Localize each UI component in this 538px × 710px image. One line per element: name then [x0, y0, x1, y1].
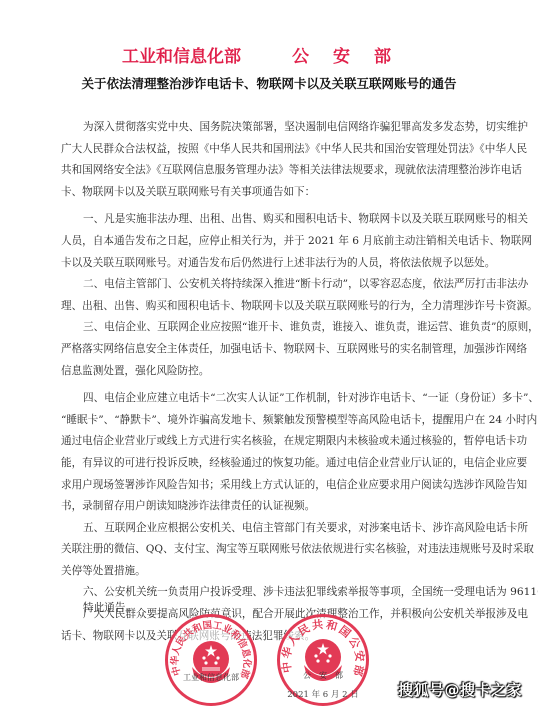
official-seal-mps: 中华人民共和国公安部 公 安 部 2021 年 6 月 2 日 — [277, 614, 369, 706]
text-line: 能，有异议的可进行投诉反映，经核验通过的恢复功能。通过电信企业营业厅认证的，电信… — [61, 453, 483, 475]
sohu-watermark: 搜狐号@搜卡之家 — [398, 679, 522, 700]
text-line: 为深入贯彻落实党中央、国务院决策部署，坚决遏制电信网络诈骗犯罪高发多发态势，切实… — [61, 117, 483, 139]
issuer-mps-char: 公 — [292, 42, 309, 67]
text-line: 三、电信企业、互联网企业应按照“谁开卡、谁负责，谁接入、谁负责，谁运营、谁负责”… — [61, 317, 483, 339]
text-line: 广大人民群众合法权益，按照《中华人民共和国刑法》《中华人民共和国治安管理处罚法》… — [61, 139, 483, 161]
text-line: 人员，自本通告发布之日起，应停止相关行为，并于 2021 年 6 月底前主动注销… — [61, 231, 483, 253]
paragraph-item-3: 三、电信企业、互联网企业应按照“谁开卡、谁负责，谁接入、谁负责，谁运营、谁负责”… — [61, 317, 483, 382]
paragraph-item-1: 一、凡是实施非法办理、出租、出售、购买和囤积电话卡、物联网卡以及关联互联网账号的… — [61, 209, 483, 274]
paragraph-intro: 为深入贯彻落实党中央、国务院决策部署，坚决遏制电信网络诈骗犯罪高发多发态势，切实… — [61, 117, 483, 203]
text-line: 通过电信企业营业厅或线上方式进行实名核验，在规定期限内未核验或未通过核验的，暂停… — [61, 431, 483, 453]
official-seal-miit: 中华人民共和国工业和信息化部 工业和信息化部 — [165, 614, 257, 706]
text-line: 关停等处置措施。 — [61, 561, 483, 583]
text-line: 二、电信主管部门、公安机关将持续深入推进“断卡行动”，以零容忍态度，依法严厉打击… — [61, 274, 483, 296]
text-line: 一、凡是实施非法办理、出租、出售、购买和囤积电话卡、物联网卡以及关联互联网账号的… — [61, 209, 483, 231]
issuer-mps-char: 安 — [333, 42, 350, 67]
issuer-mps-char: 部 — [374, 42, 391, 67]
text-line: “睡眠卡”、“静默卡”、境外诈骗高发地卡、频繁触发预警模型等高风险电话卡，提醒用… — [61, 410, 483, 432]
text-line: 求用户现场签署涉诈风险告知书；采用线上方式认证的，电信企业应要求用户阅读勾选涉诈… — [61, 475, 483, 497]
document-header: 工业和信息化部 公安部 — [0, 42, 538, 64]
text-line: 理、出租、出售、购买和囤积电话卡、物联网卡以及关联互联网账号的行为，全力清理涉诈… — [61, 296, 483, 318]
seal-label: 工业和信息化部 — [168, 672, 254, 683]
seal-label: 公 安 部 — [280, 670, 366, 681]
closing-statement: 特此通告。 — [83, 600, 136, 615]
document-title: 关于依法清理整治涉诈电话卡、物联网卡以及关联互联网账号的通告 — [0, 74, 538, 92]
text-line: 四、电信企业应建立电话卡“二次实人认证”工作机制，针对涉诈电话卡、“一证（身份证… — [61, 388, 483, 410]
paragraph-item-4: 四、电信企业应建立电话卡“二次实人认证”工作机制，针对涉诈电话卡、“一证（身份证… — [61, 388, 483, 518]
text-line: 卡、物联网卡以及关联互联网账号有关事项通告如下： — [61, 182, 483, 204]
text-line: 信息监测处置，强化风险防控。 — [61, 361, 483, 383]
text-line: 关联注册的微信、QQ、支付宝、淘宝等互联网账号依法依规进行实名核验，对违法违规账… — [61, 539, 483, 561]
national-emblem-icon: 中华人民共和国工业和信息化部 — [168, 617, 254, 703]
paragraph-item-2: 二、电信主管部门、公安机关将持续深入推进“断卡行动”，以零容忍态度，依法严厉打击… — [61, 274, 483, 317]
text-line: 书，录制留存用户朗读知晓涉诈法律责任的认证视频。 — [61, 496, 483, 518]
text-line: 五、互联网企业应根据公安机关、电信主管部门有关要求，对涉案电话卡、涉诈高风险电话… — [61, 518, 483, 540]
text-line: 共和国网络安全法》《互联网信息服务管理办法》等相关法律法规要求，现就依法清理整治… — [61, 160, 483, 182]
issuer-mps: 公安部 — [292, 42, 415, 67]
text-line: 严格落实网络信息安全主体责任，加强电话卡、物联网卡、互联网账号的实名制管理，加强… — [61, 339, 483, 361]
paragraph-item-5: 五、互联网企业应根据公安机关、电信主管部门有关要求，对涉案电话卡、涉诈高风险电话… — [61, 518, 483, 583]
document-body: 为深入贯彻落实党中央、国务院决策部署，坚决遏制电信网络诈骗犯罪高发多发态势，切实… — [61, 117, 483, 647]
issue-date: 2021 年 6 月 2 日 — [280, 688, 366, 700]
text-line: 话卡、物联网卡以及关联互联网账号的违法犯罪线索。 — [61, 626, 483, 648]
issuer-miit: 工业和信息化部 — [122, 42, 241, 67]
text-line: 卡以及关联互联网账号。对通告发布后仍然进行上述非法行为的人员，将依法依规予以惩处… — [61, 253, 483, 275]
